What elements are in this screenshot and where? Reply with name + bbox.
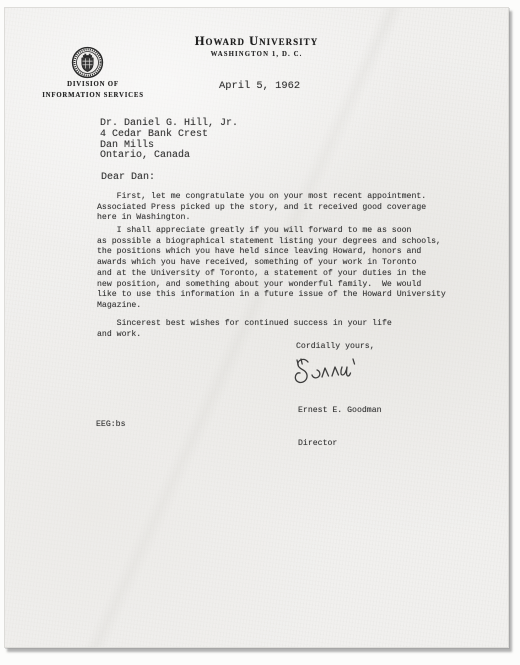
valediction: Cordially yours, xyxy=(296,342,375,353)
salutation: Dear Dan: xyxy=(101,173,155,184)
signature-block: Ernest E. Goodman Director xyxy=(298,385,382,471)
signer-name: Ernest E. Goodman xyxy=(298,406,382,417)
body-paragraph-3: Sincerest best wishes for continued succ… xyxy=(97,319,392,340)
letter-paper: Howard University WASHINGTON 1, D. C. DI… xyxy=(4,7,509,648)
reference-initials: EEG:bs xyxy=(96,420,125,431)
division-line1: DIVISION OF xyxy=(35,79,151,90)
signer-title: Director xyxy=(298,439,382,450)
letter-date: April 5, 1962 xyxy=(219,81,300,92)
body-paragraph-2: I shall appreciate greatly if you will f… xyxy=(97,226,446,312)
university-seal-icon xyxy=(71,46,104,79)
division-label: DIVISION OF INFORMATION SERVICES xyxy=(35,79,151,101)
division-line2: INFORMATION SERVICES xyxy=(35,90,151,101)
recipient-address: Dr. Daniel G. Hill, Jr. 4 Cedar Bank Cre… xyxy=(100,119,238,162)
scanned-letter-background: Howard University WASHINGTON 1, D. C. DI… xyxy=(0,0,520,665)
body-paragraph-1: First, let me congratulate you on your m… xyxy=(97,192,426,224)
